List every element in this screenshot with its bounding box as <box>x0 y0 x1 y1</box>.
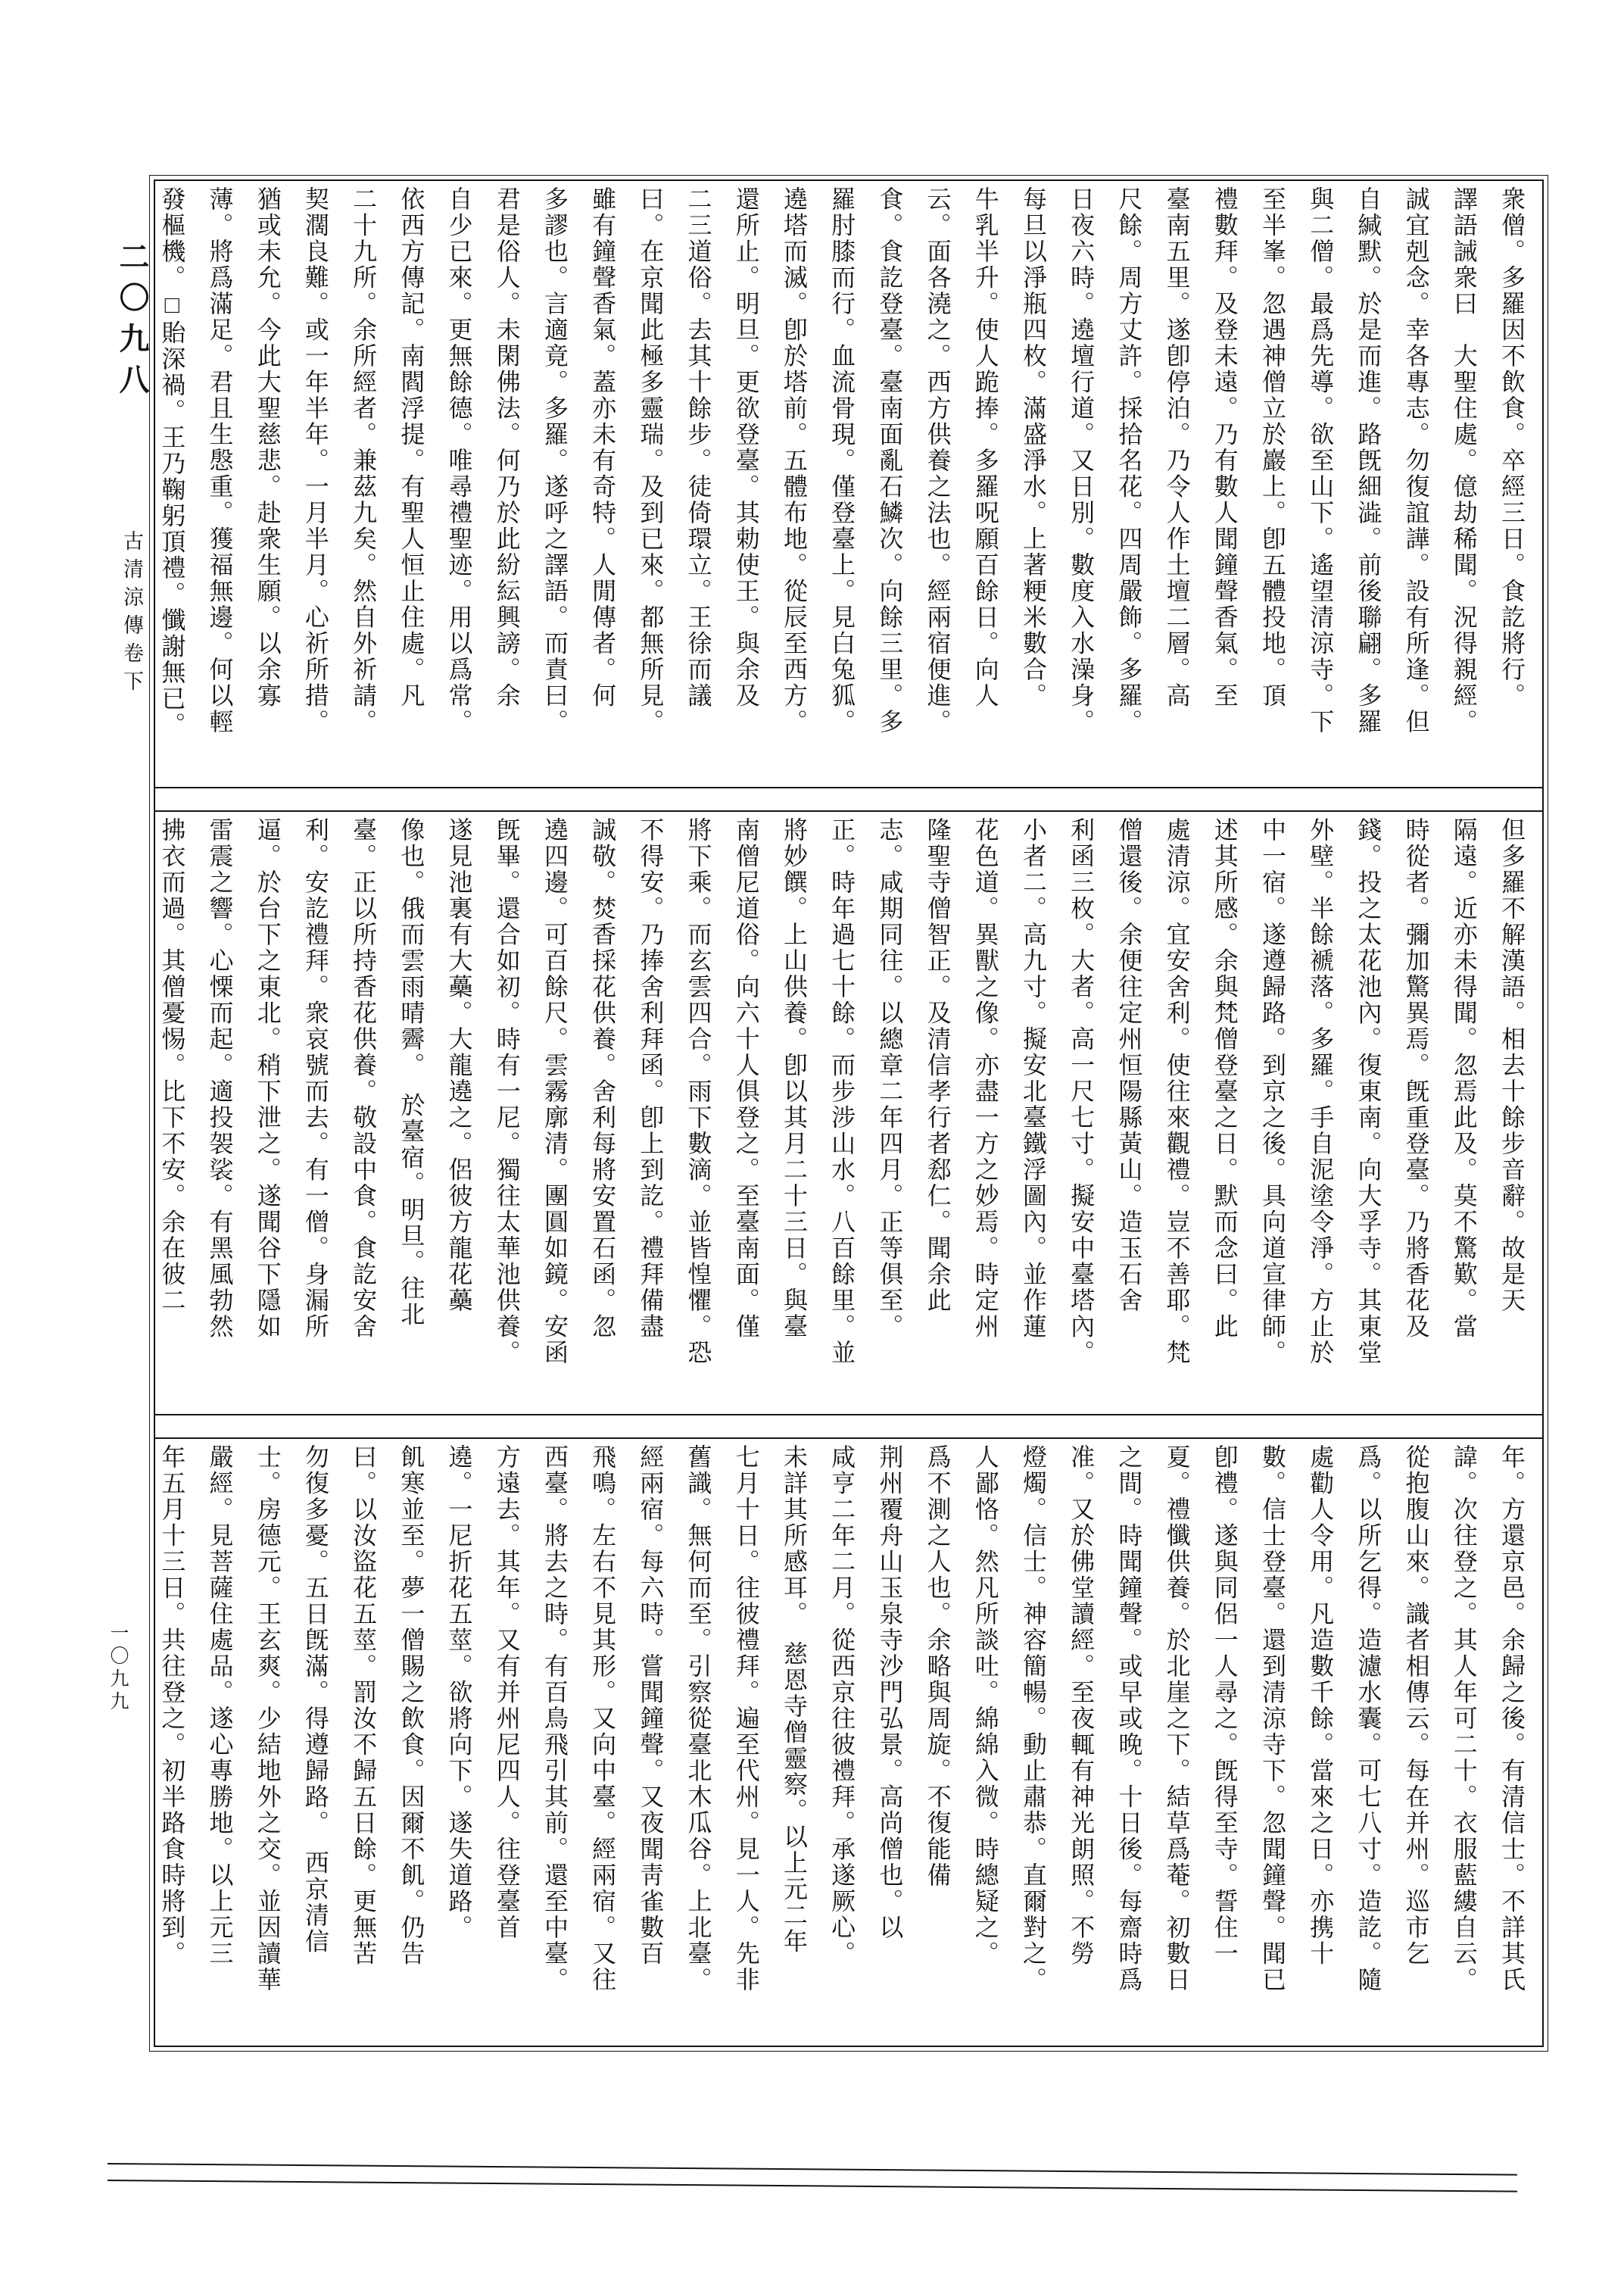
text-column: 數。信士登臺。還到清涼寺下。忽聞鐘聲。聞已 <box>1248 1444 1296 2040</box>
text-column: 還所止。明旦。更欲登臺。其勅使王。與余及 <box>722 186 770 782</box>
text-column: 日夜六時。遶壇行道。又日別。數度入水澡身。 <box>1057 186 1105 782</box>
text-column: 雷震之響。心慄而起。適投袈裟。有黑風勃然 <box>195 817 243 1409</box>
text-column: 遶四邊。可百餘尺。雲霧廓清。團圓如鏡。安函 <box>531 817 578 1409</box>
text-column: 花色道。異獸之像。亦盡一方之妙焉。時定州 <box>962 817 1009 1409</box>
text-column: 飢寒並至。夢一僧賜之飲食。因爾不飢。仍告 <box>387 1444 435 2040</box>
column-group-upper: 衆僧。多羅因不飲食。卒經三日。食訖將行。譯語誡衆曰 大聖住處。億劫稀聞。況得親經… <box>162 186 1535 782</box>
text-column: 每旦以淨瓶四枚。滿盛淨水。上著粳米數合。 <box>1009 186 1057 782</box>
text-column: 爲不測之人也。余略與周旋。不復能備 <box>913 1444 961 2040</box>
text-column: 勿復多憂。五日旣滿。得遵歸路。 西京清信 <box>291 1444 339 2040</box>
text-column: 志。咸期同往。以總章二年四月。正等俱至。 <box>865 817 913 1409</box>
text-column: 譯語誡衆曰 大聖住處。億劫稀聞。況得親經。 <box>1440 186 1488 782</box>
text-column: 逼。於台下之東北。稍下泄之。遂聞谷下隱如 <box>244 817 291 1409</box>
text-column: 利函三枚。大者。高一尺七寸。擬安中臺塔內。 <box>1057 817 1105 1409</box>
text-block-upper: 衆僧。多羅因不飲食。卒經三日。食訖將行。譯語誡衆曰 大聖住處。億劫稀聞。況得親經… <box>155 181 1542 787</box>
column-group-middle: 但多羅不解漢語。相去十餘步音辭。故是天隔遠。近亦未得聞。忽焉此及。莫不驚歎。當時… <box>162 817 1535 1409</box>
text-column: 但多羅不解漢語。相去十餘步音辭。故是天 <box>1488 817 1535 1409</box>
text-column: 爲。以所乞得。造濾水囊。可七八寸。造訖。隨 <box>1344 1444 1392 2040</box>
text-column: 像也。俄而雲雨晴霽。 於臺宿。明旦。往北 <box>387 817 435 1409</box>
volume-title-label: 古清涼傳卷下 <box>117 530 147 698</box>
text-column: 利。安訖禮拜。衆哀號而去。有一僧。身漏所 <box>291 817 339 1409</box>
text-column: 正。時年過七十餘。而步涉山水。八百餘里。並 <box>818 817 865 1409</box>
text-column: 遂見池裏有大蘽。大龍遶之。侶彼方龍花蘽 <box>435 817 482 1409</box>
text-column: 諱。次往登之。其人年可二十。衣服藍縷自云。 <box>1440 1444 1488 2040</box>
text-column: 多謬也。言適竟。多羅。遂呼之譯語。而責曰。 <box>531 186 578 782</box>
page-number-label: 一〇九九 <box>104 1623 131 1714</box>
text-block-middle: 但多羅不解漢語。相去十餘步音辭。故是天隔遠。近亦未得聞。忽焉此及。莫不驚歎。當時… <box>155 812 1542 1414</box>
scanned-page: 二〇九八 古清涼傳卷下 一〇九九 衆僧。多羅因不飲食。卒經三日。食訖將行。譯語誡… <box>0 0 1624 2272</box>
text-column: 夏。禮懺供養。於北崖之下。結草爲菴。初數日 <box>1152 1444 1200 2040</box>
text-column: 誠敬。焚香採花供養。舍利每將安置石函。忽 <box>578 817 626 1409</box>
text-column: 衆僧。多羅因不飲食。卒經三日。食訖將行。 <box>1488 186 1535 782</box>
text-column: 契濶良難。或一年半年。一月半月。心祈所措。 <box>291 186 339 782</box>
text-column: 羅肘膝而行。血流骨現。僅登臺上。見白兔狐。 <box>818 186 865 782</box>
text-column: 食。食訖登臺。臺南面亂石鱗次。向餘三里。多 <box>865 186 913 782</box>
text-column: 之間。時聞鐘聲。或早或晚。十日後。每齋時爲 <box>1105 1444 1152 2040</box>
text-column: 飛鳴。左右不見其形。又向中臺。經兩宿。又往 <box>578 1444 626 2040</box>
text-block-lower: 年。方還京邑。余歸之後。有清信士。不詳其氏諱。次往登之。其人年可二十。衣服藍縷自… <box>155 1439 1542 2046</box>
text-column: 依西方傳記。南閻浮提。有聖人恒止住處。凡 <box>387 186 435 782</box>
text-column: 隔遠。近亦未得聞。忽焉此及。莫不驚歎。當 <box>1440 817 1488 1409</box>
text-column: 中一宿。遂遵歸路。到京之後。具向道宣律師。 <box>1248 817 1296 1409</box>
text-column: 處勸人令用。凡造數千餘。當來之日。亦携十 <box>1296 1444 1344 2040</box>
text-column: 臺南五里。遂卽停泊。乃令人作土壇二層。高 <box>1152 186 1200 782</box>
text-column: 嚴經。見菩薩住處品。遂心專勝地。以上元三 <box>195 1444 243 2040</box>
text-column: 誠宜剋念。幸各專志。勿復誼譁。設有所逢。但 <box>1392 186 1439 782</box>
text-column: 拂衣而過。其僧憂惕。比下不安。余在彼二 <box>155 817 195 1409</box>
text-column: 燈燭。信士。神容簡暢。動止肅恭。直爾對之。 <box>1009 1444 1057 2040</box>
text-column: 自緘默。於是而進。路旣細澁。前後聯翩。多羅 <box>1344 186 1392 782</box>
text-column: 時從者。彌加驚異焉。旣重登臺。乃將香花及 <box>1392 817 1439 1409</box>
text-column: 君是俗人。未閑佛法。何乃於此紛紜興謗。余 <box>483 186 531 782</box>
text-column: 年。方還京邑。余歸之後。有清信士。不詳其氏 <box>1488 1444 1535 2040</box>
text-column: 士。房德元。王玄爽。少結地外之交。並因讀華 <box>244 1444 291 2040</box>
text-column: 二三道俗。去其十餘步。徒倚環立。王徐而議 <box>674 186 722 782</box>
column-group-lower: 年。方還京邑。余歸之後。有清信士。不詳其氏諱。次往登之。其人年可二十。衣服藍縷自… <box>162 1444 1535 2040</box>
text-column: 發樞機。□貽深禍。王乃鞠躬頂禮。懺謝無已。 <box>155 186 195 782</box>
text-column: 牛乳半升。使人跪捧。多羅呪願百餘日。向人 <box>962 186 1009 782</box>
text-column: 處清涼。宜安舍利。使往來觀禮。豈不善耶。梵 <box>1152 817 1200 1409</box>
text-column: 云。面各澆之。西方供養之法也。經兩宿便進。 <box>913 186 961 782</box>
text-column: 述其所感。余與梵僧登臺之日。默而念曰。此 <box>1201 817 1248 1409</box>
text-column: 南僧尼道俗。向六十人俱登之。至臺南面。僅 <box>722 817 770 1409</box>
text-column: 旣畢。還合如初。時有一尼。獨往太華池供養。 <box>483 817 531 1409</box>
text-column: 准。又於佛堂讀經。至夜輒有神光朗照。不勞 <box>1057 1444 1105 2040</box>
text-column: 遶。一尼折花五莖。欲將向下。遂失道路。 <box>435 1444 482 2040</box>
text-column: 僧還後。余便往定州恒陽縣黃山。造玉石舍 <box>1105 817 1152 1409</box>
text-column: 卽禮。遂與同侶一人尋之。旣得至寺。誓住一 <box>1201 1444 1248 2040</box>
text-column: 至半峯。忽遇神僧立於巖上。卽五體投地。頂 <box>1248 186 1296 782</box>
text-column: 錢。投之太花池內。復東南。向大孚寺。其東堂 <box>1344 817 1392 1409</box>
text-column: 曰。在京聞此極多靈瑞。及到已來。都無所見。 <box>626 186 674 782</box>
text-column: 荆州覆舟山玉泉寺沙門弘景。高尚僧也。以 <box>865 1444 913 2040</box>
text-column: 年五月十三日。共往登之。初半路食時將到。 <box>155 1444 195 2040</box>
text-column: 薄。將爲滿足。君且生慇重。獲福無邊。何以輕 <box>195 186 243 782</box>
text-column: 將下乘。而玄雲四合。雨下數滴。並皆惶懼。恐 <box>674 817 722 1409</box>
text-column: 咸亨二年二月。從西京往彼禮拜。承遂厥心。 <box>818 1444 865 2040</box>
text-column: 外壁。半餘褫落。多羅。手自泥塗令淨。方止於 <box>1296 817 1344 1409</box>
register-separator-rule <box>155 787 1542 812</box>
footer-rule <box>108 2163 1517 2176</box>
text-column: 將妙饌。上山供養。卽以其月二十三日。與臺 <box>770 817 818 1409</box>
text-column: 隆聖寺僧智正。及清信孝行者郄仁。聞余此 <box>913 817 961 1409</box>
text-frame: 衆僧。多羅因不飲食。卒經三日。食訖將行。譯語誡衆曰 大聖住處。億劫稀聞。況得親經… <box>154 179 1544 2047</box>
text-column: 遶塔而滅。卽於塔前。五體布地。從辰至西方。 <box>770 186 818 782</box>
edition-number-label: 二〇九八 <box>111 241 154 404</box>
text-column: 不得安。乃捧舍利拜函。卽上到訖。禮拜備盡 <box>626 817 674 1409</box>
text-column: 臺。正以所持香花供養。敬設中食。食訖安舍 <box>339 817 387 1409</box>
text-column: 雖有鐘聲香氣。蓋亦未有奇特。人閒傳者。何 <box>578 186 626 782</box>
text-column: 未詳其所感耳。 慈恩寺僧靈察。以上元二年 <box>770 1444 818 2040</box>
text-column: 猶或未允。今此大聖慈悲。赴衆生願。以余寡 <box>244 186 291 782</box>
text-column: 人鄙恪。然凡所談吐。綿綿入微。時總疑之。 <box>962 1444 1009 2040</box>
text-column: 從抱腹山來。識者相傳云。每在并州。巡市乞 <box>1392 1444 1439 2040</box>
text-column: 舊識。無何而至。引察從臺北木瓜谷。上北臺。 <box>674 1444 722 2040</box>
text-column: 經兩宿。每六時。嘗聞鐘聲。又夜聞靑雀數百 <box>626 1444 674 2040</box>
footer-rule <box>108 2180 1517 2192</box>
text-column: 禮數拜。及登未遠。乃有數人聞鐘聲香氣。至 <box>1201 186 1248 782</box>
text-column: 自少已來。更無餘德。唯尋禮聖迹。用以爲常。 <box>435 186 482 782</box>
text-column: 小者二。高九寸。擬安北臺鐵浮圖內。並作蓮 <box>1009 817 1057 1409</box>
text-column: 方遠去。其年。又有并州尼四人。往登臺首 <box>483 1444 531 2040</box>
register-separator-rule <box>155 1414 1542 1439</box>
text-column: 尺餘。周方丈許。採拾名花。四周嚴飾。多羅。 <box>1105 186 1152 782</box>
text-column: 二十九所。余所經者。兼茲九矣。然自外祈請。 <box>339 186 387 782</box>
text-column: 曰。以汝盜花五莖。罰汝不歸五日餘。更無苦 <box>339 1444 387 2040</box>
text-column: 與二僧。最爲先導。欲至山下。遙望清涼寺。下 <box>1296 186 1344 782</box>
text-column: 西臺。將去之時。有百鳥飛引其前。還至中臺。 <box>531 1444 578 2040</box>
text-column: 七月十日。往彼禮拜。遍至代州。見一人。先非 <box>722 1444 770 2040</box>
